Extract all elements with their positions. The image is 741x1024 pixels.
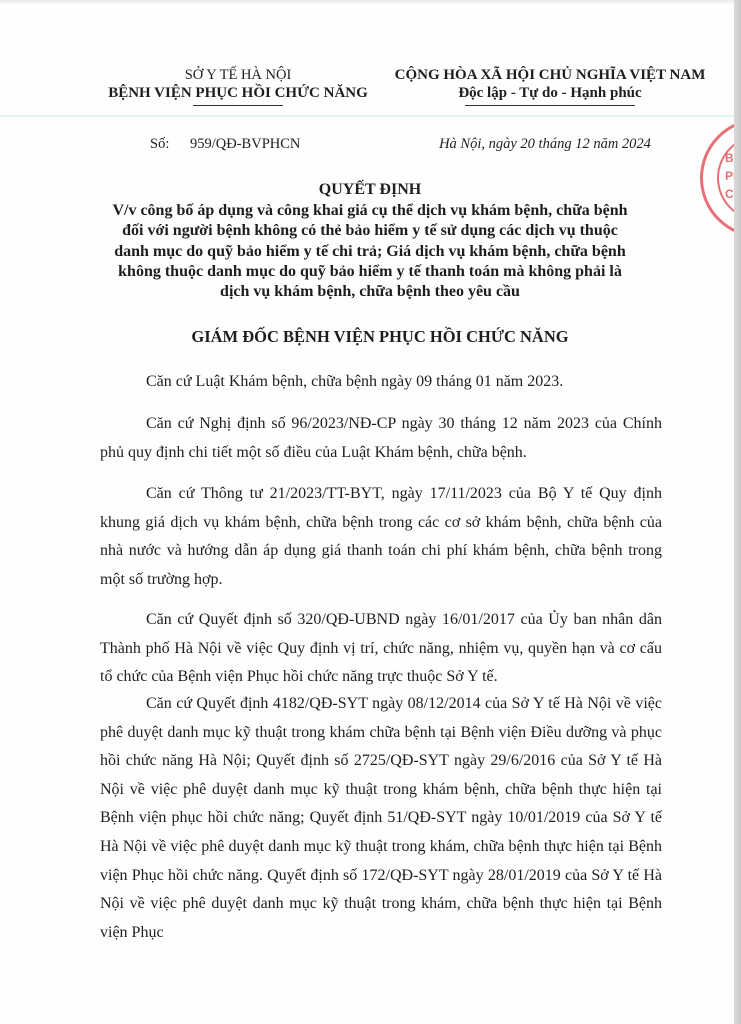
- hospital-name: BỆNH VIỆN PHỤC HỒI CHỨC NĂNG: [88, 84, 388, 103]
- legal-basis-paragraph: Căn cứ Nghị định số 96/2023/NĐ-CP ngày 3…: [100, 410, 662, 467]
- motto-underline: [465, 105, 635, 106]
- subject-line: không thuộc danh mục do quỹ bảo hiểm y t…: [75, 262, 665, 282]
- legal-basis-paragraph: Căn cứ Luật Khám bệnh, chữa bệnh ngày 09…: [100, 368, 662, 397]
- subject-line: dịch vụ khám bệnh, chữa bệnh theo yêu cầ…: [75, 282, 665, 302]
- page-edge: [734, 0, 741, 1024]
- country-name: CỘNG HÒA XÃ HỘI CHỦ NGHĨA VIỆT NAM: [385, 66, 715, 84]
- legal-basis-paragraph: Căn cứ Thông tư 21/2023/TT-BYT, ngày 17/…: [100, 480, 662, 594]
- document-number: Số:959/QĐ-BVPHCN: [150, 136, 300, 153]
- national-motto-header: CỘNG HÒA XÃ HỘI CHỦ NGHĨA VIỆT NAM Độc l…: [385, 66, 715, 106]
- subject-line: V/v công bố áp dụng và công khai giá cụ …: [75, 201, 665, 221]
- decision-heading: QUYẾT ĐỊNH: [75, 179, 665, 201]
- document-number-value: 959/QĐ-BVPHCN: [190, 136, 300, 152]
- document-number-label: Số:: [150, 136, 190, 153]
- scan-line: [0, 115, 734, 117]
- legal-basis-paragraph: Căn cứ Quyết định 4182/QĐ-SYT ngày 08/12…: [100, 690, 662, 947]
- legal-basis-paragraph: Căn cứ Quyết định số 320/QĐ-UBND ngày 16…: [100, 606, 662, 692]
- parent-agency: SỞ Y TẾ HÀ NỘI: [88, 66, 388, 84]
- subject-line: đối với người bệnh không có thẻ bảo hiểm…: [75, 221, 665, 241]
- header-underline: [193, 105, 283, 106]
- decision-title: QUYẾT ĐỊNH V/v công bố áp dụng và công k…: [75, 179, 665, 302]
- issuer-title: GIÁM ĐỐC BỆNH VIỆN PHỤC HỒI CHỨC NĂNG: [60, 327, 700, 347]
- subject-line: danh mục do quỹ bảo hiểm y tế chi trả; G…: [75, 242, 665, 262]
- issue-date: Hà Nội, ngày 20 tháng 12 năm 2024: [400, 136, 690, 153]
- motto: Độc lập - Tự do - Hạnh phúc: [385, 84, 715, 103]
- document-page: SỞ Y TẾ HÀ NỘI BỆNH VIỆN PHỤC HỒI CHỨC N…: [0, 0, 734, 1024]
- scan-shadow: [0, 0, 734, 5]
- issuing-agency-header: SỞ Y TẾ HÀ NỘI BỆNH VIỆN PHỤC HỒI CHỨC N…: [88, 66, 388, 106]
